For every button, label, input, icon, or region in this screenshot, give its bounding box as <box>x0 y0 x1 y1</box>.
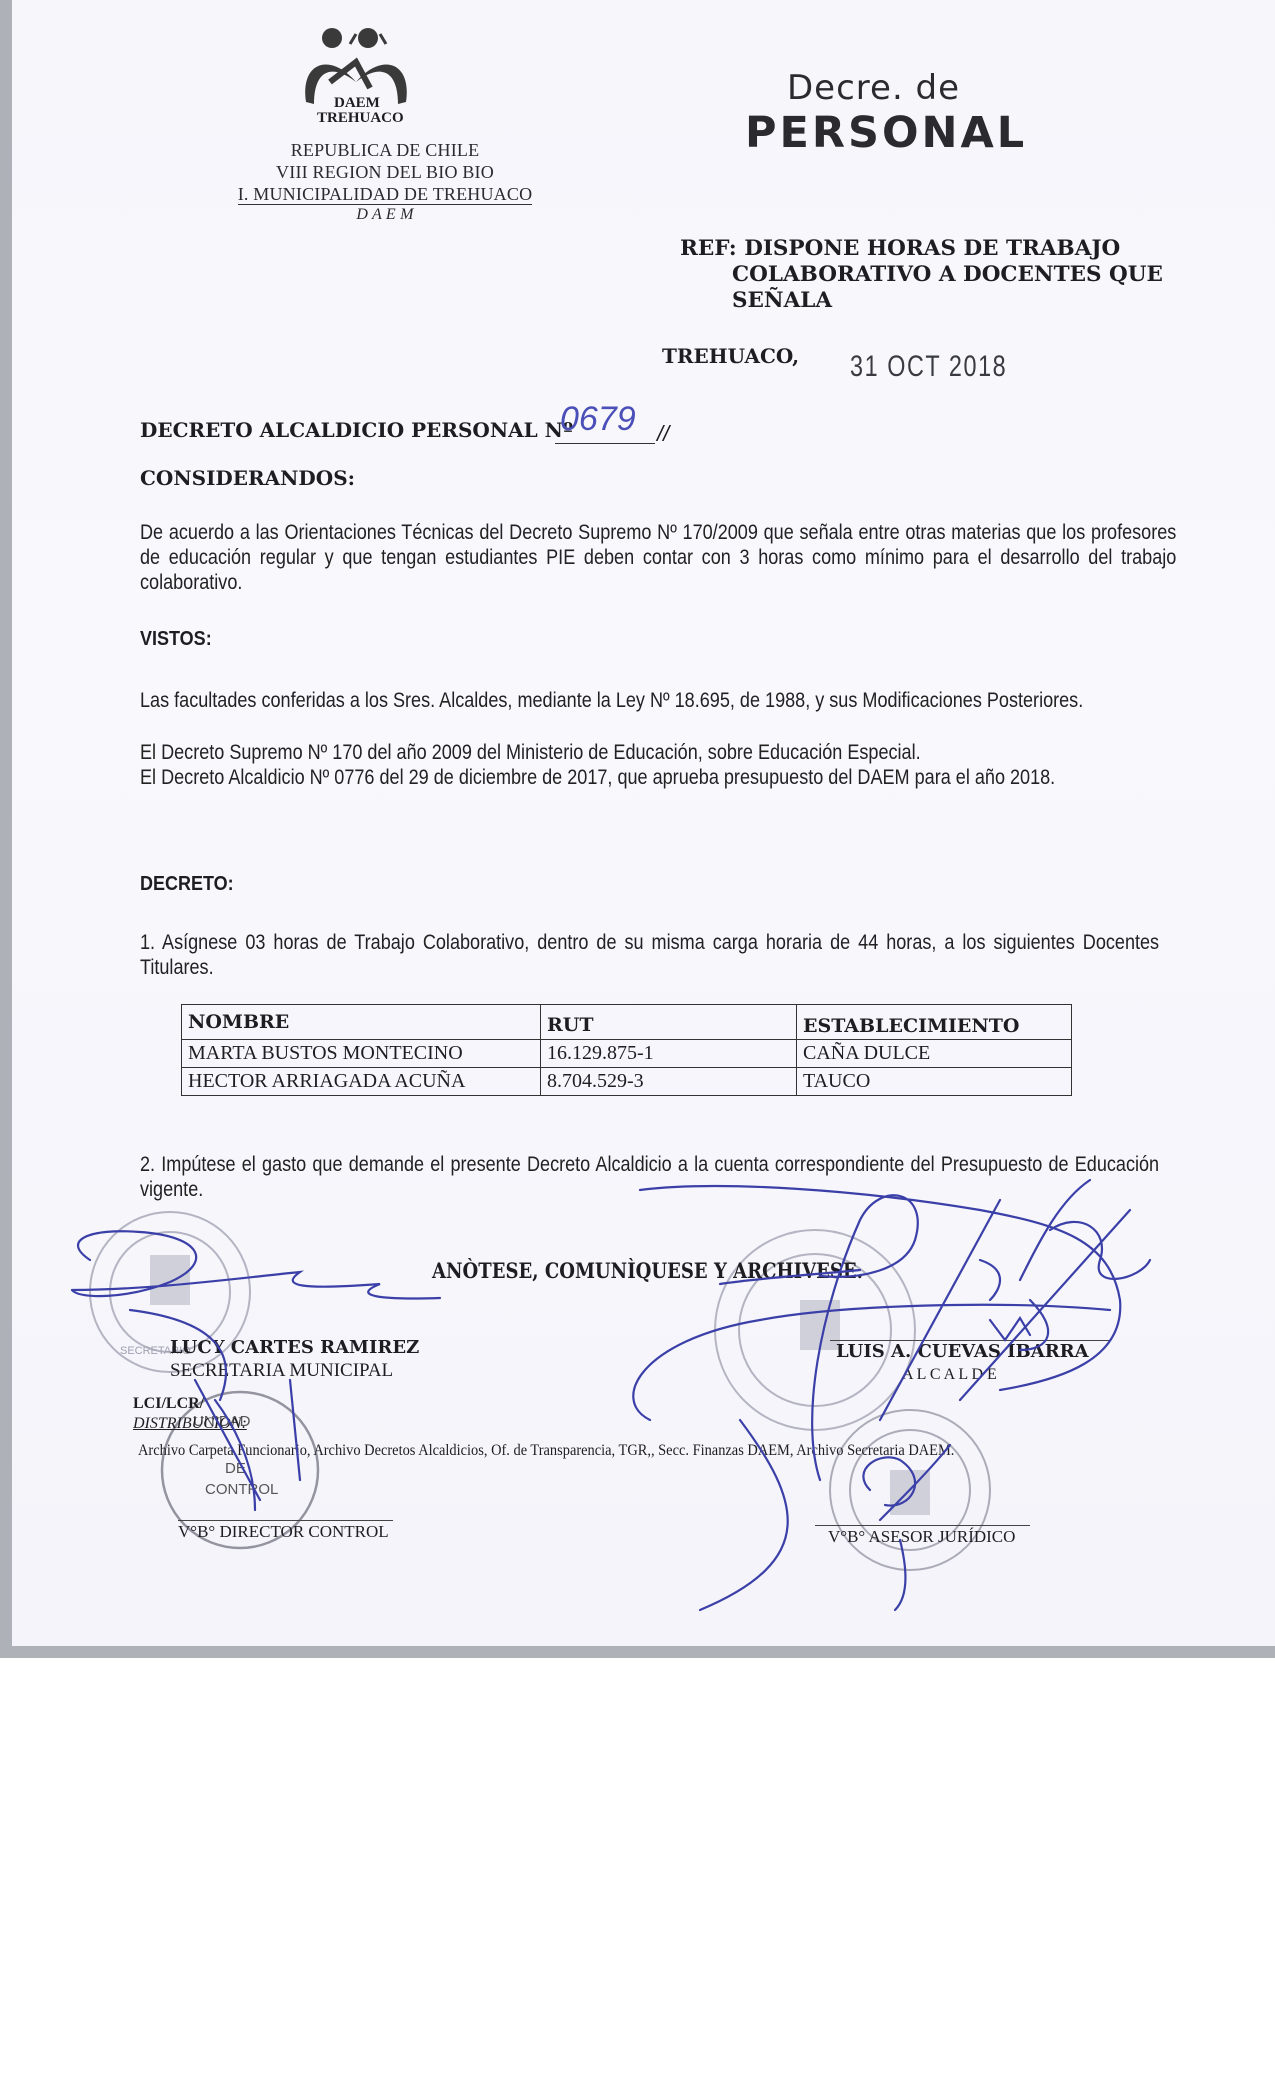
ink-signatures-layer <box>0 0 1275 1660</box>
control-signature-icon <box>195 1380 300 1510</box>
legal-signature-icon <box>863 1445 950 1610</box>
mayor-signature-icon <box>633 1180 1150 1610</box>
secretary-signature-icon <box>72 1231 440 1400</box>
